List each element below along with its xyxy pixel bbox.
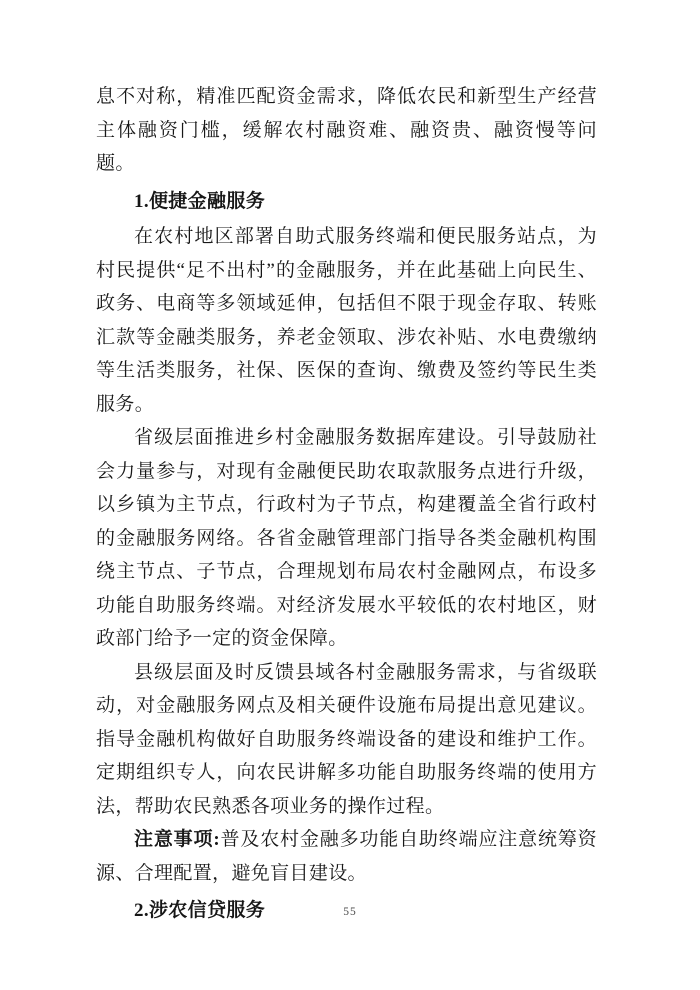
section-heading-convenient-financial-services: 1.便捷金融服务 — [96, 185, 597, 219]
document-page: 息不对称，精准匹配资金需求，降低农民和新型生产经营主体融资门槛，缓解农村融资难、… — [0, 0, 700, 990]
page-number: 55 — [0, 906, 700, 918]
paragraph-continuation: 息不对称，精准匹配资金需求，降低农民和新型生产经营主体融资门槛，缓解农村融资难、… — [96, 80, 597, 181]
note-label: 注意事项: — [134, 829, 220, 850]
body-paragraph-rural-service-terminals: 在农村地区部署自助式服务终端和便民服务站点，为村民提供“足不出村”的金融服务，并… — [96, 220, 597, 421]
body-paragraph-county-level: 县级层面及时反馈县域各村金融服务需求，与省级联动，对金融服务网点及相关硬件设施布… — [96, 656, 597, 824]
note-paragraph: 注意事项:普及农村金融多功能自助终端应注意统筹资源、合理配置，避免盲目建设。 — [96, 823, 597, 890]
document-body: 息不对称，精准匹配资金需求，降低农民和新型生产经营主体融资门槛，缓解农村融资难、… — [96, 80, 597, 930]
body-paragraph-provincial-level: 省级层面推进乡村金融服务数据库建设。引导鼓励社会力量参与，对现有金融便民助农取款… — [96, 421, 597, 656]
